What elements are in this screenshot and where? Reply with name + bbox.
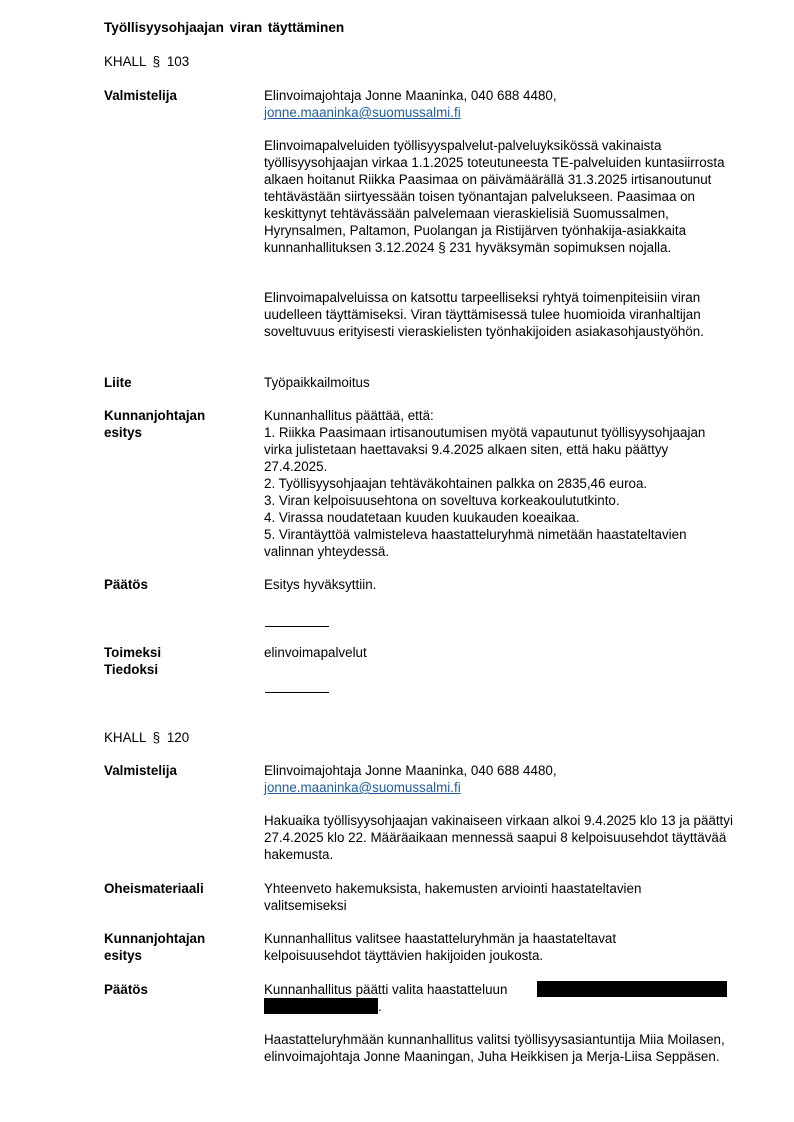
label-oheismateriaali: Oheismateriaali [104, 880, 254, 897]
preparation-paragraph-1: Elinvoimapalveluiden työllisyyspalvelut-… [264, 137, 734, 256]
label-paatos-120: Päätös [104, 981, 254, 998]
label-liite: Liite [104, 374, 254, 391]
separator-line [265, 626, 329, 627]
preparer-contact: Elinvoimajohtaja Jonne Maaninka, 040 688… [264, 762, 736, 779]
label-line-1: Kunnanjohtajan [104, 407, 254, 424]
attachment-name[interactable]: Työpaikkailmoitus [264, 374, 736, 391]
label-valmistelija-120: Valmistelija [104, 762, 254, 779]
interview-group-paragraph: Haastatteluryhmään kunnanhallitus valits… [264, 1031, 734, 1065]
preparer-email-link[interactable]: jonne.maaninka@suomussalmi.fi [264, 780, 461, 795]
valmistelija-content-120: Elinvoimajohtaja Jonne Maaninka, 040 688… [264, 762, 736, 796]
decision-text-end: . [378, 998, 382, 1015]
label-kunnanjohtajan-esitys-103: Kunnanjohtajan esitys [104, 407, 254, 441]
separator-line [265, 692, 329, 693]
document-title: Työllisyysohjaajan viran täyttäminen [104, 19, 344, 36]
label-line-2: esitys [104, 947, 254, 964]
proposal-content-103: Kunnanhallitus päättää, että: 1. Riikka … [264, 407, 734, 560]
section-heading-120: KHALL § 120 [104, 729, 189, 746]
label-line-1: Kunnanjohtajan [104, 930, 254, 947]
label-line-2: Tiedoksi [104, 661, 254, 678]
distribution-value: elinvoimapalvelut [264, 644, 736, 661]
redaction-block [537, 981, 727, 997]
label-toimeksi-tiedoksi: Toimeksi Tiedoksi [104, 644, 254, 678]
proposal-item: 2. Työllisyysohjaajan tehtäväkohtainen p… [264, 475, 734, 492]
proposal-item: 4. Virassa noudatetaan kuuden kuukauden … [264, 509, 734, 526]
redaction-block [264, 998, 378, 1014]
label-valmistelija-103: Valmistelija [104, 87, 254, 104]
proposal-item: 3. Viran kelpoisuusehtona on soveltuva k… [264, 492, 734, 509]
valmistelija-content-103: Elinvoimajohtaja Jonne Maaninka, 040 688… [264, 87, 736, 121]
label-kunnanjohtajan-esitys-120: Kunnanjohtajan esitys [104, 930, 254, 964]
label-line-1: Toimeksi [104, 644, 254, 661]
application-period-paragraph: Hakuaika työllisyysohjaajan vakinaiseen … [264, 812, 739, 863]
label-line-2: esitys [104, 424, 254, 441]
decision-text-start: Kunnanhallitus päätti valita haastattelu… [264, 982, 507, 997]
preparation-paragraph-2: Elinvoimapalveluissa on katsottu tarpeel… [264, 289, 724, 340]
section-heading-103: KHALL § 103 [104, 53, 189, 70]
proposal-content-120: Kunnanhallitus valitsee haastatteluryhmä… [264, 930, 664, 964]
preparer-contact: Elinvoimajohtaja Jonne Maaninka, 040 688… [264, 87, 736, 104]
proposal-item: 1. Riikka Paasimaan irtisanoutumisen myö… [264, 424, 734, 475]
proposal-intro: Kunnanhallitus päättää, että: [264, 407, 734, 424]
label-paatos-103: Päätös [104, 576, 254, 593]
proposal-item: 5. Virantäyttöä valmisteleva haastattelu… [264, 526, 734, 560]
decision-text-103: Esitys hyväksyttiin. [264, 576, 736, 593]
supporting-material-value[interactable]: Yhteenveto hakemuksista, hakemusten arvi… [264, 880, 684, 914]
preparer-email-link[interactable]: jonne.maaninka@suomussalmi.fi [264, 105, 461, 120]
